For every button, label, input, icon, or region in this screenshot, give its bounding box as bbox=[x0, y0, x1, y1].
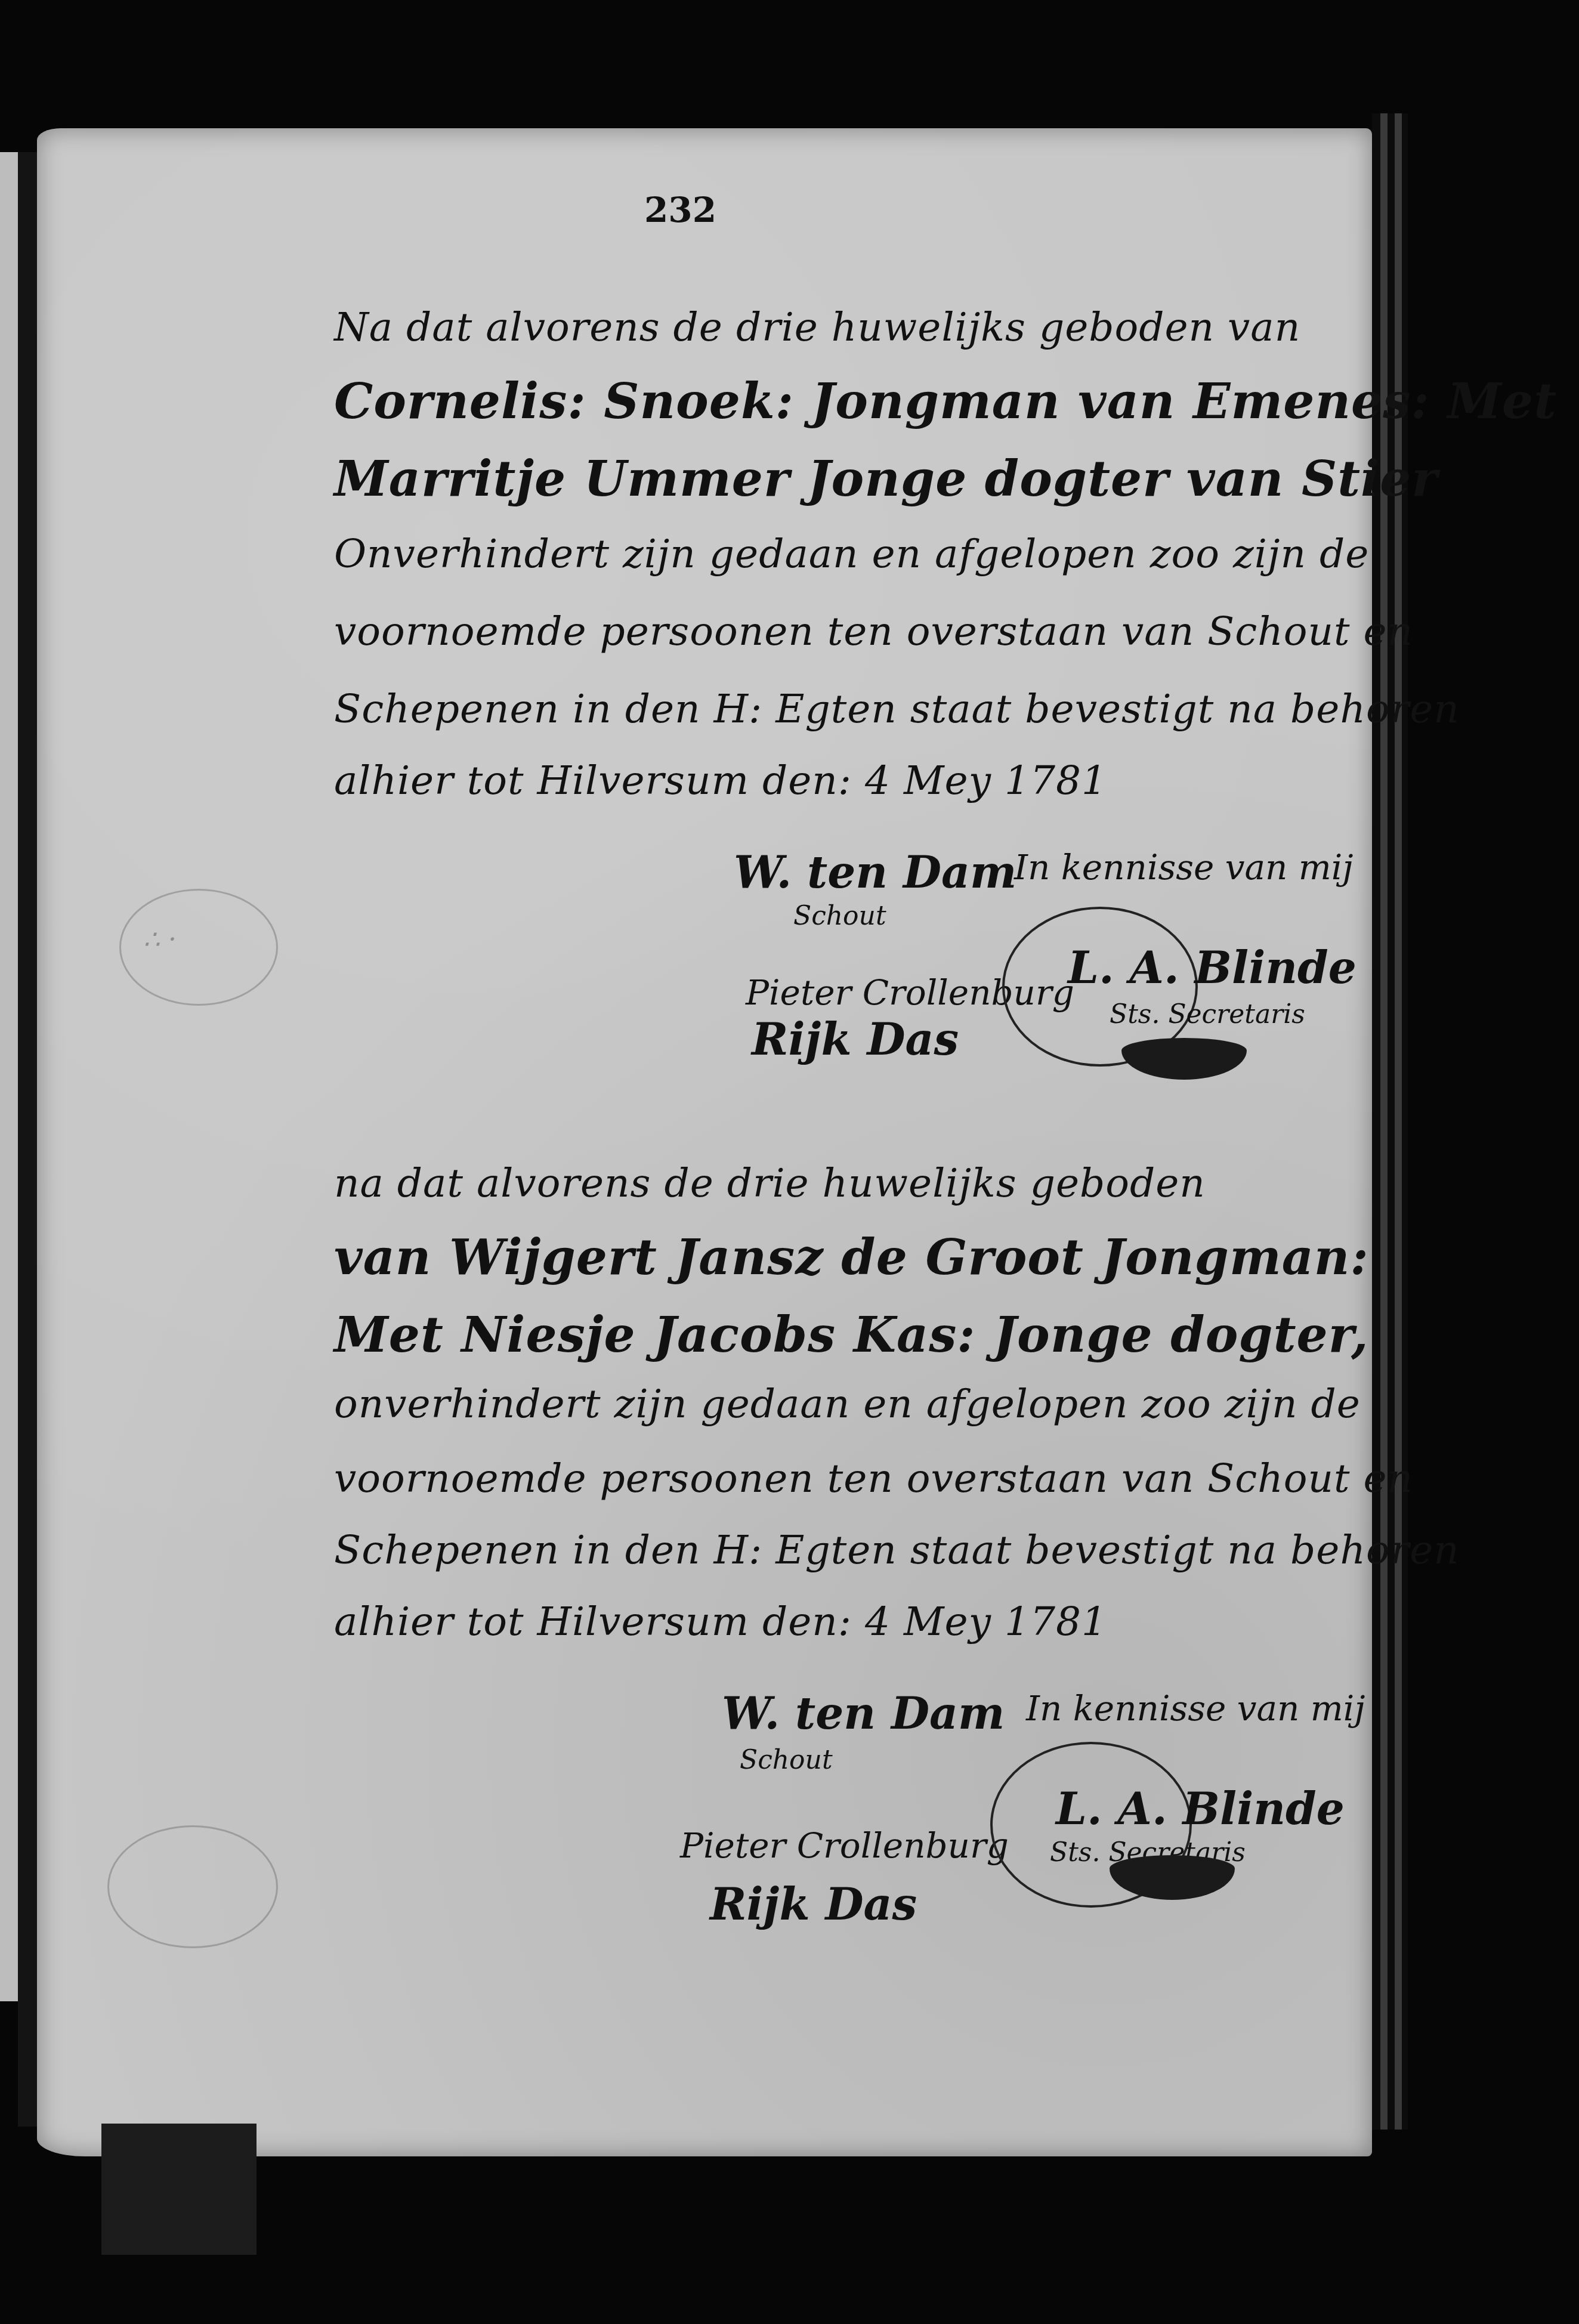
signature-secretary: L. A. Blinde bbox=[1056, 1784, 1345, 1835]
signature-schepen-1: Pieter Crollenburg bbox=[680, 1825, 1009, 1866]
entry-line-date: alhier tot Hilversum den: 4 Mey 1781 bbox=[334, 1599, 1107, 1645]
entry-line: voornoemde persoonen ten overstaan van S… bbox=[334, 1455, 1413, 1501]
signature-title-schout: Schout bbox=[740, 1745, 833, 1775]
film-artifact bbox=[101, 2124, 257, 2255]
entry-line: Na dat alvorens de drie huwelijks gebode… bbox=[334, 304, 1300, 350]
adjacent-page-edge bbox=[0, 152, 18, 2001]
binding-gutter bbox=[18, 152, 37, 2127]
entry-line: Schepenen in den H: Egten staat bevestig… bbox=[334, 686, 1460, 732]
entry-line: Onverhindert zijn gedaan en afgelopen zo… bbox=[334, 531, 1369, 577]
entry-line: voornoemde persoonen ten overstaan van S… bbox=[334, 608, 1413, 654]
faded-seal-bleedthrough bbox=[107, 1825, 278, 1948]
entry-line-groom: Cornelis: Snoek: Jongman van Emenes: Met bbox=[334, 373, 1557, 430]
entry-line-bride: Marritje Ummer Jonge dogter van Stier bbox=[334, 450, 1438, 508]
entry-line-groom: van Wijgert Jansz de Groot Jongman: bbox=[334, 1229, 1369, 1286]
entry-line-bride: Met Niesje Jacobs Kas: Jonge dogter, bbox=[334, 1306, 1369, 1364]
faded-margin-note: ∴ · bbox=[143, 925, 177, 955]
entry-line-date: alhier tot Hilversum den: 4 Mey 1781 bbox=[334, 758, 1107, 803]
entry-line: na dat alvorens de drie huwelijks gebode… bbox=[334, 1160, 1206, 1206]
signature-schepen-2: Rijk Das bbox=[752, 1014, 959, 1065]
signature-schepen-2: Rijk Das bbox=[710, 1879, 917, 1930]
page-number: 232 bbox=[644, 190, 716, 230]
signature-title-schout: Schout bbox=[793, 901, 886, 931]
witness-note: In kennisse van mij bbox=[1014, 847, 1353, 888]
witness-note: In kennisse van mij bbox=[1026, 1688, 1365, 1729]
signature-schout: W. ten Dam bbox=[722, 1688, 1005, 1739]
entry-line: Schepenen in den H: Egten staat bevestig… bbox=[334, 1527, 1460, 1573]
entry-line: onverhindert zijn gedaan en afgelopen zo… bbox=[334, 1381, 1361, 1427]
signature-title-secretary: Sts. Secretaris bbox=[1110, 999, 1305, 1030]
signature-schout: W. ten Dam bbox=[734, 847, 1016, 898]
signature-secretary: L. A. Blinde bbox=[1068, 942, 1356, 994]
